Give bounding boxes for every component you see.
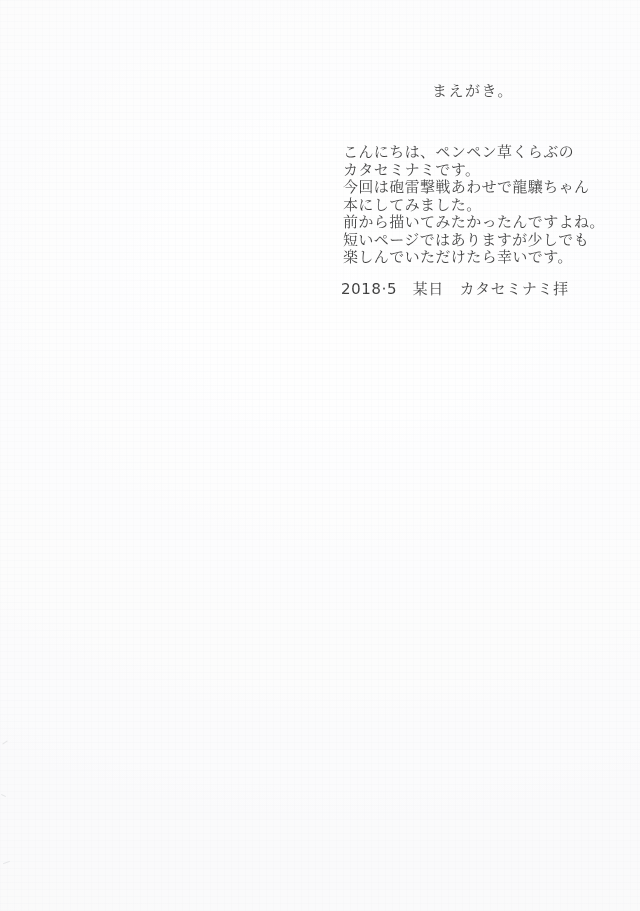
foreword-line: 今回は砲雷撃戦あわせで龍驤ちゃん (343, 179, 605, 197)
foreword-line: 前から描いてみたかったんですよね。 (343, 214, 605, 232)
scan-artifact (2, 740, 7, 744)
foreword-line: 楽しんでいただけたら幸いです。 (343, 249, 605, 267)
scan-artifact (1, 794, 6, 797)
scan-artifact (3, 861, 10, 864)
foreword-line: こんにちは、ペンペン草くらぶの (343, 144, 605, 162)
foreword-line: カタセミナミです。 (343, 162, 605, 180)
foreword-line: 本にしてみました。 (343, 197, 605, 215)
foreword-paragraph: こんにちは、ペンペン草くらぶの カタセミナミです。 今回は砲雷撃戦あわせで龍驤ち… (343, 144, 605, 267)
date-signature: 2018·5 某日 カタセミナミ拝 (341, 280, 569, 298)
foreword-title: まえがき。 (432, 82, 514, 100)
foreword-line: 短いページではありますが少しでも (343, 232, 605, 250)
scanned-foreword-page: まえがき。 こんにちは、ペンペン草くらぶの カタセミナミです。 今回は砲雷撃戦あ… (0, 0, 640, 911)
